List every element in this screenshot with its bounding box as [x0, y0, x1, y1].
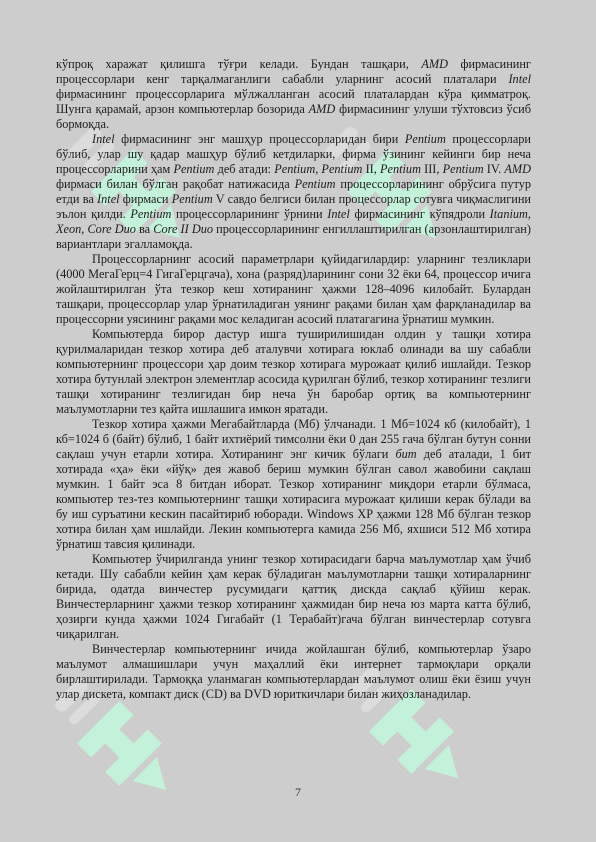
text-run: II,: [362, 162, 380, 176]
italic-term: Intel: [508, 72, 531, 86]
text-run: фирмасининг кўпядроли: [350, 207, 490, 221]
document-body: кўпроқ харажат қилишга тўғри келади. Бун…: [56, 57, 531, 702]
text-run: III,: [421, 162, 443, 176]
text-run: деб аталади, 1 бит хотирада «ҳа» ёки «йў…: [56, 447, 531, 551]
paragraph: Процессорларнинг асосий параметрлари қуй…: [56, 252, 531, 327]
italic-term: Core II Duo: [153, 222, 213, 236]
text-run: Компьютер ўчирилганда унинг тезкор хотир…: [56, 552, 531, 641]
paragraph: Тезкор хотира ҳажми Мегабайтларда (Мб) ў…: [56, 417, 531, 552]
italic-term: Pentium: [173, 162, 214, 176]
text-run: фирмаси: [120, 192, 172, 206]
paragraph: Компьютер ўчирилганда унинг тезкор хотир…: [56, 552, 531, 642]
text-run: ва: [136, 222, 153, 236]
italic-term: бит: [395, 447, 416, 461]
text-run: кўпроқ харажат қилишга тўғри келади. Бун…: [56, 57, 421, 71]
italic-term: Pentium: [295, 177, 336, 191]
italic-term: Pentium: [172, 192, 213, 206]
text-run: процессорларининг ўрнини: [171, 207, 327, 221]
italic-term: AMD: [504, 162, 531, 176]
text-run: деб атади:: [214, 162, 274, 176]
paragraph: Компьютерда бирор дастур ишга туширилиши…: [56, 327, 531, 417]
italic-term: Intel: [97, 192, 120, 206]
text-run: фирмасининг энг машҳур процессорларидан …: [115, 132, 405, 146]
text-run: IV.: [484, 162, 505, 176]
italic-term: Intel: [327, 207, 350, 221]
italic-term: Pentium: [130, 207, 171, 221]
paragraph: Intel фирмасининг энг машҳур процессорла…: [56, 132, 531, 252]
text-run: Компьютерда бирор дастур ишга туширилиши…: [56, 327, 531, 416]
italic-term: AMD: [309, 102, 336, 116]
text-run: Процессорларнинг асосий параметрлари қуй…: [56, 252, 531, 326]
italic-term: AMD: [421, 57, 448, 71]
italic-term: Pentium: [380, 162, 421, 176]
italic-term: Intel: [92, 132, 115, 146]
italic-term: Pentium, Pentium: [274, 162, 362, 176]
paragraph: кўпроқ харажат қилишга тўғри келади. Бун…: [56, 57, 531, 132]
text-run: фирмаси билан бўлган рақобат натижасида: [56, 177, 295, 191]
italic-term: Pentium: [443, 162, 484, 176]
text-run: Винчестерлар компьютернинг ичида жойлашг…: [56, 642, 531, 701]
page-number: 7: [0, 785, 596, 800]
italic-term: Pentium: [405, 132, 446, 146]
paragraph: Винчестерлар компьютернинг ичида жойлашг…: [56, 642, 531, 702]
